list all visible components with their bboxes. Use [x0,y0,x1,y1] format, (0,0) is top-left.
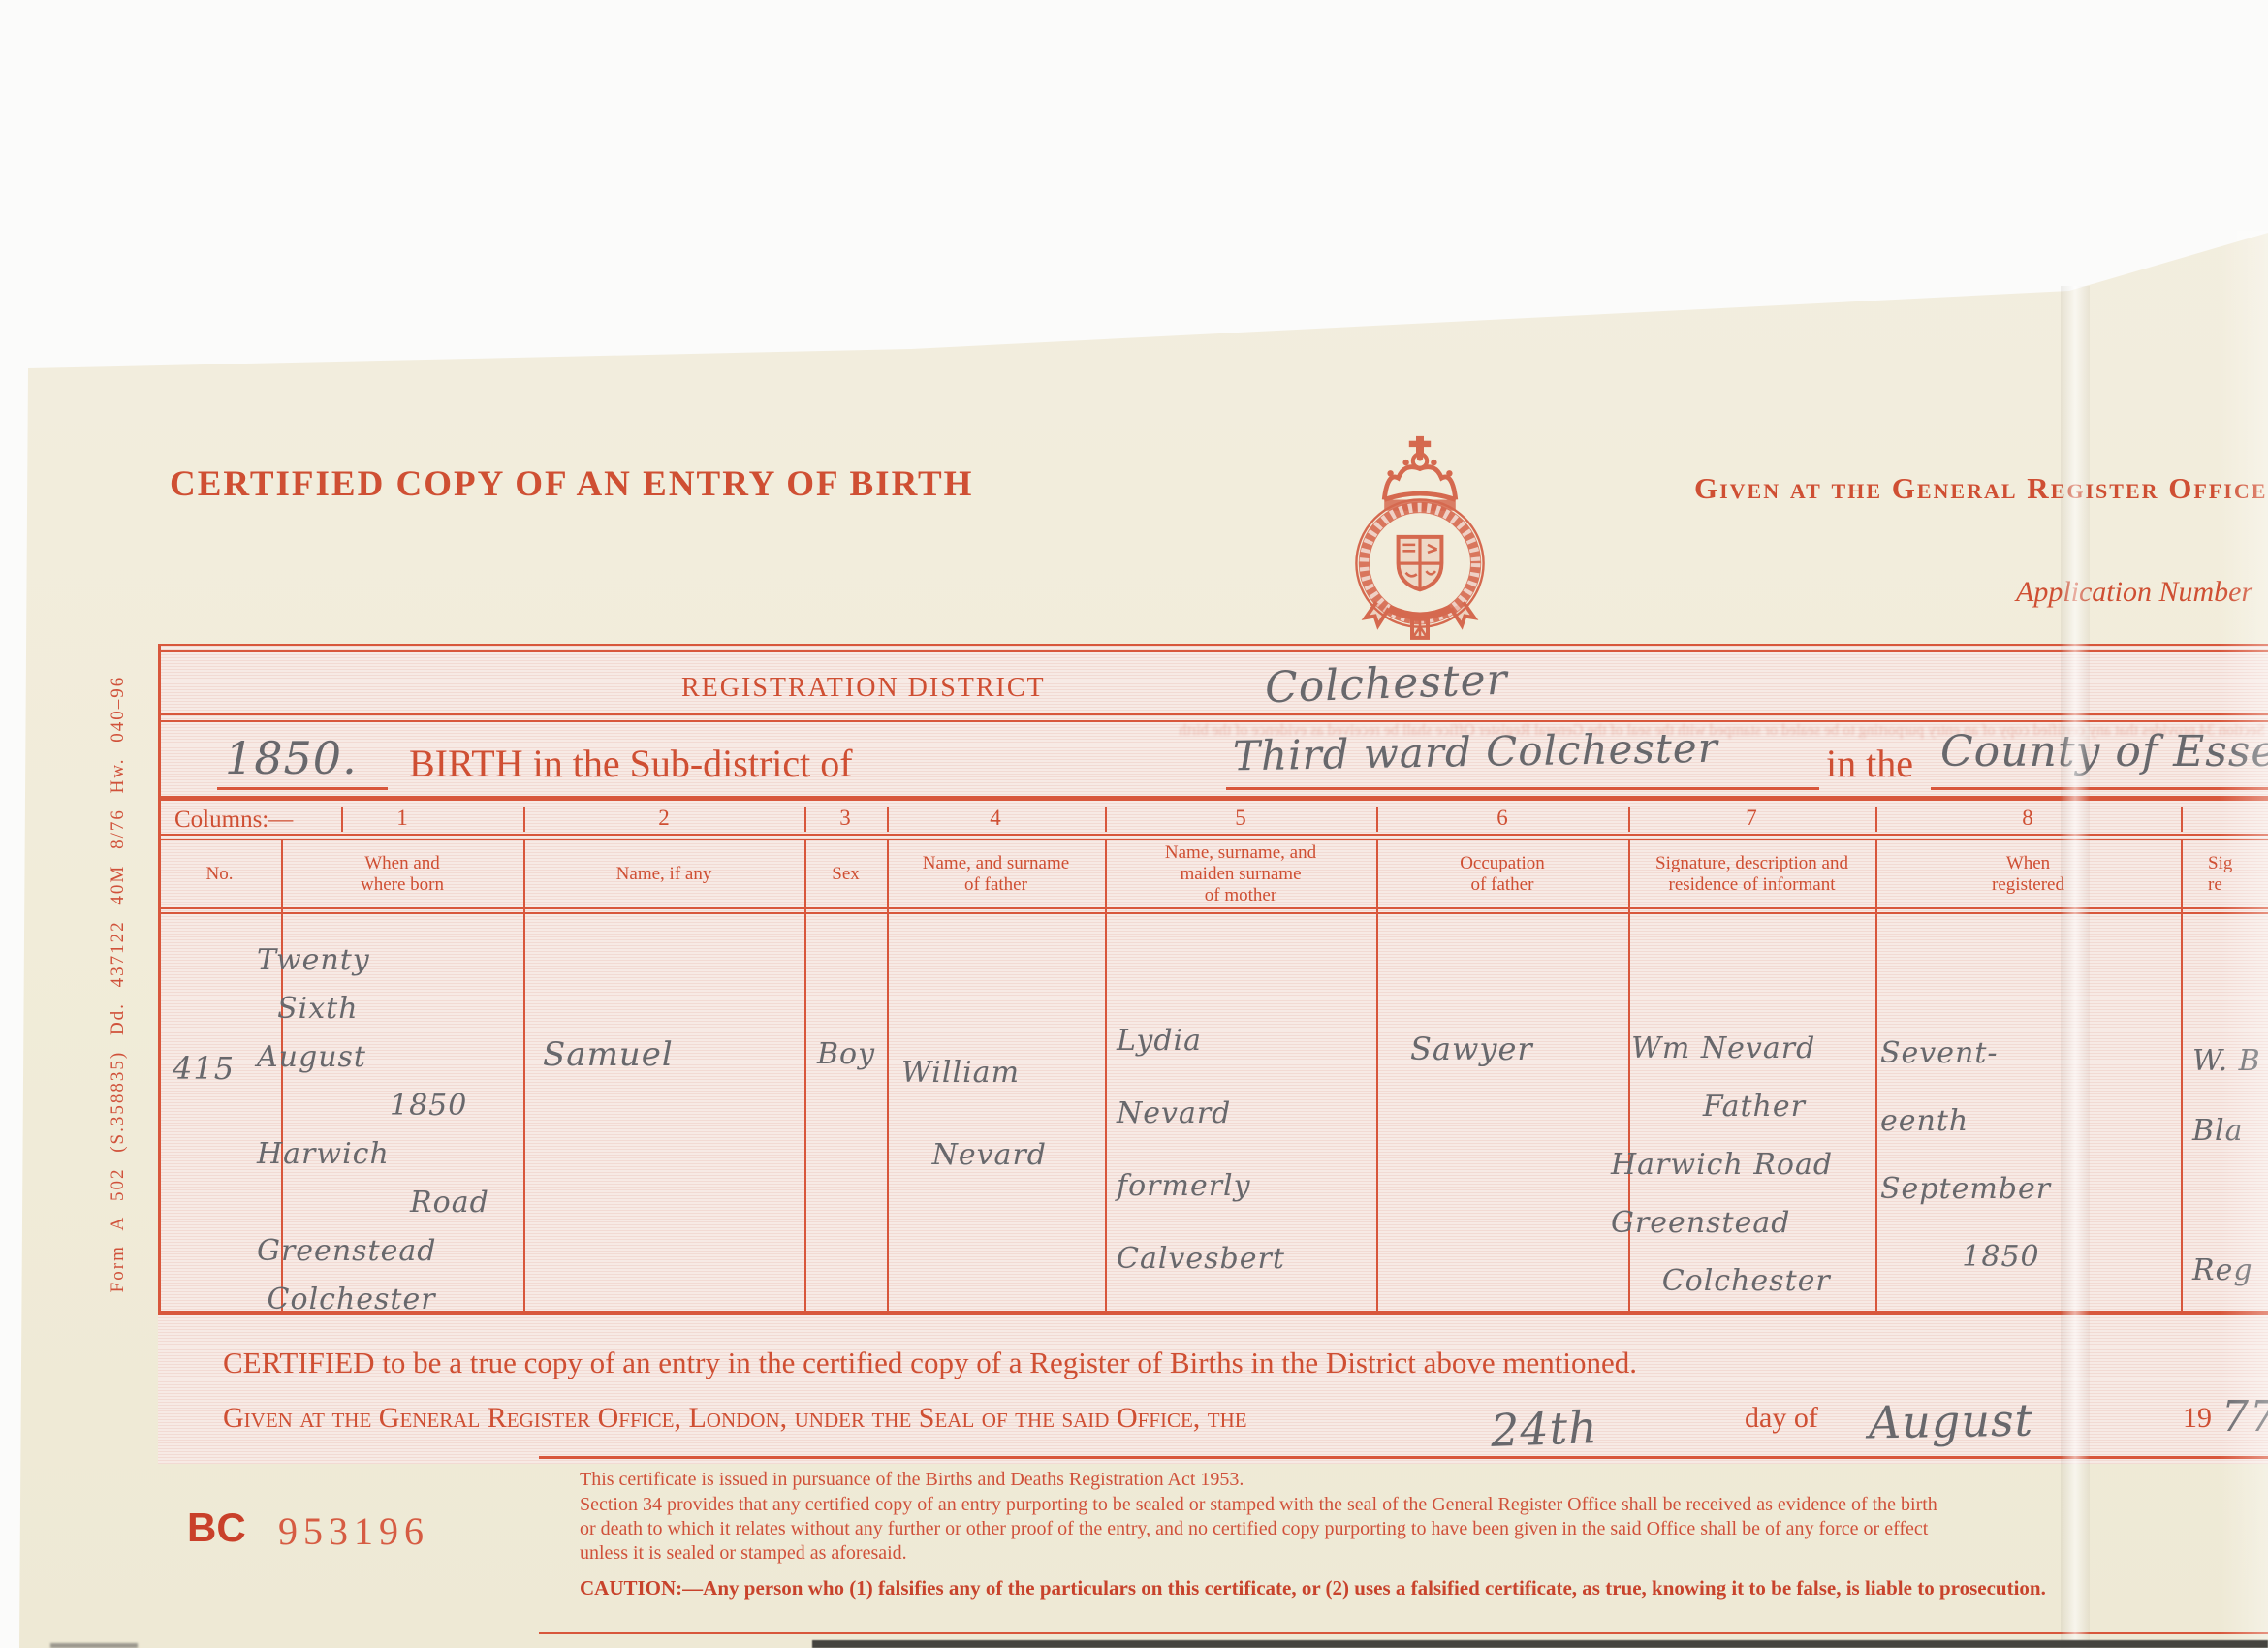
column-number-1: 1 [396,806,408,831]
column-number-7: 7 [1746,806,1757,831]
rule-line [539,1456,2268,1459]
column-tick [887,807,889,832]
column-tick [1875,807,1877,832]
header-father: Name, and surname of father [887,840,1105,909]
column-tick [2181,807,2183,832]
header-informant: Signature, description and residence of … [1628,840,1875,909]
header-sex: Sex [804,840,887,909]
paper-edge-highlight [2220,231,2268,1648]
header-no: No. [158,840,281,909]
frame-line [158,907,2268,909]
column-tick [341,807,343,832]
certificate-title: CERTIFIED COPY OF AN ENTRY OF BIRTH [170,463,973,505]
given-at-general-register-office: Given at the General Register Office [1694,471,2267,506]
registration-district-value: Colchester [1264,655,1508,714]
underline [217,787,388,790]
day-of-label: day of [1745,1402,1818,1435]
in-the-label: in the [1826,741,1913,786]
form-imprint-vertical: Form A 502 (S.358835) Dd. 437122 40M 8/7… [108,664,129,1304]
column-number-3: 3 [839,806,851,831]
birth-certificate-scan: Section 34 provides that any certified c… [0,0,2268,1648]
entry-when-registered: Sevent- eenth September 1850 [1880,915,2181,1415]
header-occupation: Occupation of father [1376,840,1628,909]
serial-prefix: BC [187,1505,246,1551]
column-tick [523,807,525,832]
frame-line [158,713,2268,715]
frame-line-thick [158,796,2268,801]
column-tick [1105,807,1107,832]
columns-label: Columns:— [174,807,293,834]
column-number-5: 5 [1235,806,1246,831]
entry-year-value: 1850. [225,733,358,783]
smallprint-section34-line1: Section 34 provides that any certified c… [580,1494,1937,1516]
header-mother: Name, surname, and maiden surname of mot… [1105,840,1376,909]
column-number-2: 2 [658,806,670,831]
frame-line [158,720,2268,722]
entry-mother: Lydia Nevard formerly Calvesbert [1117,915,1388,1400]
smallprint-section34-line3: unless it is sealed or stamped as afores… [580,1542,907,1565]
column-tick [1628,807,1630,832]
column-number-8: 8 [2022,806,2033,831]
certification-year-prefix: 19 [2183,1402,2212,1435]
frame-line [158,644,2268,646]
column-tick [804,807,806,832]
caution-line: CAUTION:—Any person who (1) falsifies an… [580,1576,2046,1600]
entry-informant: Wm Nevard Father Harwich Road Greenstead… [1611,915,1882,1415]
header-when-where-born: When and where born [281,840,523,909]
column-number-6: 6 [1496,806,1508,831]
column-tick [1376,807,1378,832]
application-number-label: Application Number [2016,576,2252,609]
royal-arms-seal-icon [1342,434,1497,643]
registration-district-label: REGISTRATION DISTRICT [681,673,1046,704]
underline [1931,787,2268,790]
frame-line-thick [158,1311,2268,1315]
birth-subdistrict-label: BIRTH in the Sub-district of [409,741,853,786]
underline [1226,787,1819,790]
entry-when-where-born: Twenty Sixth August 1850 Harwich Road Gr… [257,915,548,1332]
frame-line [158,650,2268,652]
column-number-4: 4 [990,806,1001,831]
certification-day-value: 24th [1490,1402,1598,1456]
column-border [2181,839,2183,1313]
frame-line [158,912,2268,914]
certification-month-value: August [1869,1395,2034,1448]
given-at-gro-line: Given at the General Register Office, Lo… [223,1402,1247,1435]
subdistrict-value: Third ward Colchester [1233,723,1719,782]
frame-line [158,834,2268,836]
header-name-if-any: Name, if any [523,840,804,909]
paper-fold-crease [2061,286,2090,1648]
smallprint-act-line: This certificate is issued in pursuance … [580,1469,1244,1491]
entry-occupation: Sawyer [1410,915,1633,1419]
rule-line [539,1632,2268,1634]
table-left-border [158,644,161,1313]
smallprint-section34-line2: or death to which it relates without any… [580,1518,1928,1540]
scan-bottom-edge [50,1643,138,1648]
column-border [804,839,806,1313]
certified-true-copy-line: CERTIFIED to be a true copy of an entry … [223,1346,1637,1380]
header-when-registered: When registered [1875,840,2181,909]
serial-number: 953196 [278,1508,429,1554]
scan-bottom-edge [812,1640,2268,1648]
